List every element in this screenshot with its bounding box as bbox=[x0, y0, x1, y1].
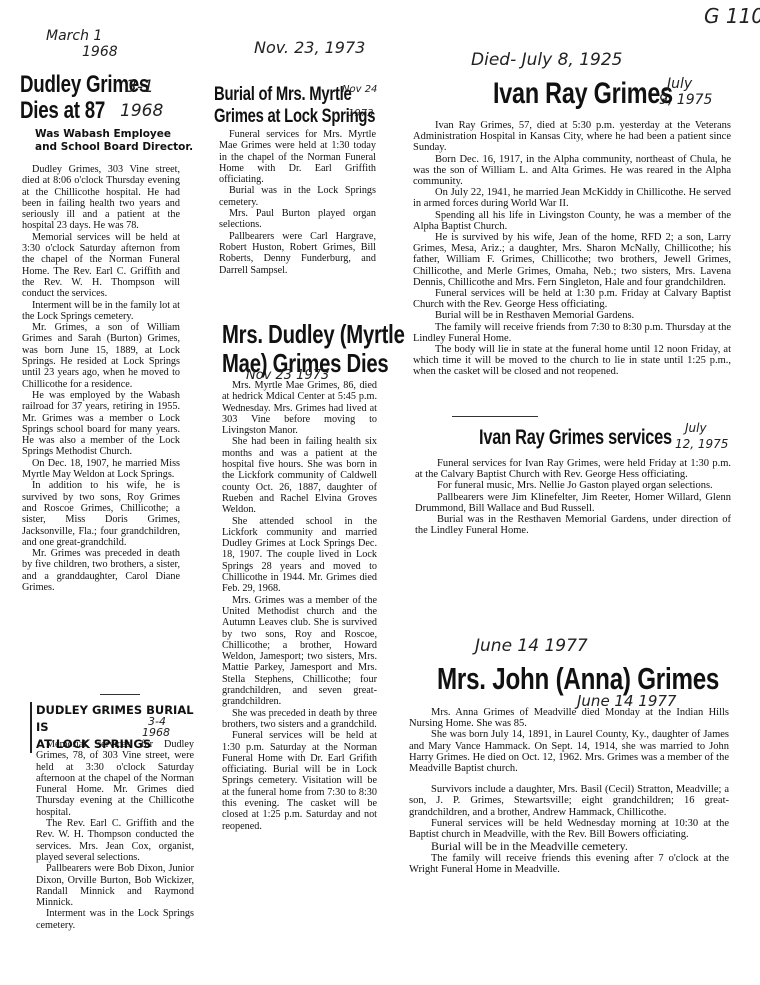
article-body: Memorial services for Dudley Grimes, 78,… bbox=[36, 739, 194, 931]
paragraph: Mr. Grimes, a son of William Grimes and … bbox=[22, 322, 180, 390]
handwritten-note: Nov 24 1973 bbox=[342, 78, 377, 126]
handwritten-note: July 12, 1975 bbox=[675, 420, 728, 452]
paragraph: The family will receive friends this eve… bbox=[409, 853, 729, 875]
handwritten-date: June 14 1977 bbox=[475, 636, 588, 656]
hand-note-line: July bbox=[685, 420, 728, 436]
hand-note-line: 12, 1975 bbox=[675, 436, 728, 452]
headline-line: DUDLEY GRIMES BURIAL IS bbox=[36, 702, 200, 736]
paragraph: Burial was in the Lock Springs cemetery. bbox=[219, 185, 376, 208]
handwritten-note: 3-1 1968 bbox=[126, 75, 163, 123]
paragraph: Memorial services will be held at 3:30 o… bbox=[22, 232, 180, 300]
paragraph: Mr. Grimes was preceded in death by five… bbox=[22, 548, 180, 593]
handwritten-note: July 9, 1975 bbox=[659, 76, 712, 108]
paragraph: For funeral music, Mrs. Nellie Jo Gaston… bbox=[415, 480, 731, 491]
headline: Mrs. John (Anna) Grimes bbox=[437, 662, 719, 696]
paragraph: Mrs. Myrtle Mae Grimes, 86, died at hedr… bbox=[222, 380, 377, 436]
headline: Ivan Ray Grimes bbox=[493, 78, 673, 110]
subhead-line: and School Board Director. bbox=[35, 141, 195, 154]
hand-note-line: July bbox=[667, 76, 712, 92]
hand-date-line: 1968 bbox=[46, 44, 118, 60]
paragraph: Burial was in the Resthaven Memorial Gar… bbox=[415, 514, 731, 536]
handwritten-date: March 1 1968 bbox=[46, 28, 118, 60]
paragraph: Burial will be in the Meadville cemetery… bbox=[409, 840, 729, 853]
paragraph: Dudley Grimes, 303 Vine street, died at … bbox=[22, 164, 180, 232]
paragraph: She was preceded in death by three broth… bbox=[222, 708, 377, 731]
subhead-line: Was Wabash Employee bbox=[35, 128, 195, 141]
article-body: Ivan Ray Grimes, 57, died at 5:30 p.m. y… bbox=[413, 120, 731, 378]
paragraph: Spending all his life in Livingston Coun… bbox=[413, 210, 731, 232]
article-body: Mrs. Myrtle Mae Grimes, 86, died at hedr… bbox=[222, 380, 377, 832]
paragraph: Interment will be in the family lot at t… bbox=[22, 300, 180, 323]
hand-note-line: 3-1 bbox=[126, 75, 163, 99]
paragraph: Funeral services will be held at 1:30 p.… bbox=[222, 730, 377, 832]
paragraph: Funeral services will be held Wednesday … bbox=[409, 818, 729, 840]
paragraph: Born Dec. 16, 1917, in the Alpha communi… bbox=[413, 154, 731, 188]
paragraph: Interment was in the Lock Springs cemete… bbox=[36, 908, 194, 931]
subheadline: Was Wabash Employee and School Board Dir… bbox=[35, 128, 195, 154]
paragraph: The body will lie in state at the funera… bbox=[413, 344, 731, 378]
paragraph: The Rev. Earl C. Griffith and the Rev. W… bbox=[36, 818, 194, 863]
hand-note-line: Nov 24 bbox=[342, 78, 377, 102]
paragraph: Mrs. Grimes was a member of the United M… bbox=[222, 595, 377, 708]
paragraph: She attended school in the Lickfork comm… bbox=[222, 516, 377, 595]
paragraph: Pallbearers were Bob Dixon, Junior Dixon… bbox=[36, 863, 194, 908]
headline-line: Mrs. Dudley (Myrtle bbox=[222, 320, 405, 349]
paragraph: On Dec. 18, 1907, he married Miss Myrtle… bbox=[22, 458, 180, 481]
paragraph: She had been in failing health six month… bbox=[222, 436, 377, 515]
paragraph: She was born July 14, 1891, in Laurel Co… bbox=[409, 729, 729, 774]
handwritten-date: Died- July 8, 1925 bbox=[471, 50, 622, 70]
paragraph: Funeral services for Mrs. Myrtle Mae Gri… bbox=[219, 129, 376, 185]
hand-date-line: March 1 bbox=[46, 28, 118, 44]
paragraph: Survivors include a daughter, Mrs. Basil… bbox=[409, 784, 729, 818]
paragraph: Funeral services for Ivan Ray Grimes, we… bbox=[415, 458, 731, 480]
divider bbox=[452, 416, 538, 417]
hand-note-line: 1973 bbox=[348, 102, 377, 126]
article-body: Mrs. Anna Grimes of Meadville died Monda… bbox=[409, 707, 729, 876]
paragraph: He was employed by the Wabash railroad f… bbox=[22, 390, 180, 458]
paragraph: Pallbearers were Jim Klinefelter, Jim Re… bbox=[415, 492, 731, 514]
paragraph: Burial will be in Resthaven Memorial Gar… bbox=[413, 310, 731, 321]
divider bbox=[100, 694, 140, 695]
paragraph: Mrs. Anna Grimes of Meadville died Monda… bbox=[409, 707, 729, 729]
paragraph: Mrs. Paul Burton played organ selections… bbox=[219, 208, 376, 231]
paragraph: Ivan Ray Grimes, 57, died at 5:30 p.m. y… bbox=[413, 120, 731, 154]
paragraph: Pallbearers were Carl Hargrave, Robert H… bbox=[219, 231, 376, 276]
article-body: Funeral services for Ivan Ray Grimes, we… bbox=[415, 458, 731, 536]
paragraph: Funeral services will be held at 1:30 p.… bbox=[413, 288, 731, 310]
headline: Ivan Ray Grimes services bbox=[479, 426, 672, 450]
hand-note-line: 1968 bbox=[120, 99, 163, 123]
handwritten-note: 3-4 1968 bbox=[148, 716, 170, 738]
paragraph: The family will receive friends from 7:3… bbox=[413, 322, 731, 344]
handwritten-date: Nov. 23, 1973 bbox=[254, 38, 365, 57]
paragraph: On July 22, 1941, he married Jean McKidd… bbox=[413, 187, 731, 209]
hand-note-line: 1968 bbox=[142, 727, 170, 738]
page-marker: G 110 bbox=[704, 4, 760, 28]
paragraph: He is survived by his wife, Jean of the … bbox=[413, 232, 731, 288]
paragraph: In addition to his wife, he is survived … bbox=[22, 480, 180, 548]
hand-note-line: 9, 1975 bbox=[659, 92, 712, 108]
article-body: Funeral services for Mrs. Myrtle Mae Gri… bbox=[219, 129, 376, 276]
article-body: Dudley Grimes, 303 Vine street, died at … bbox=[22, 164, 180, 593]
paragraph: Memorial services for Dudley Grimes, 78,… bbox=[36, 739, 194, 818]
